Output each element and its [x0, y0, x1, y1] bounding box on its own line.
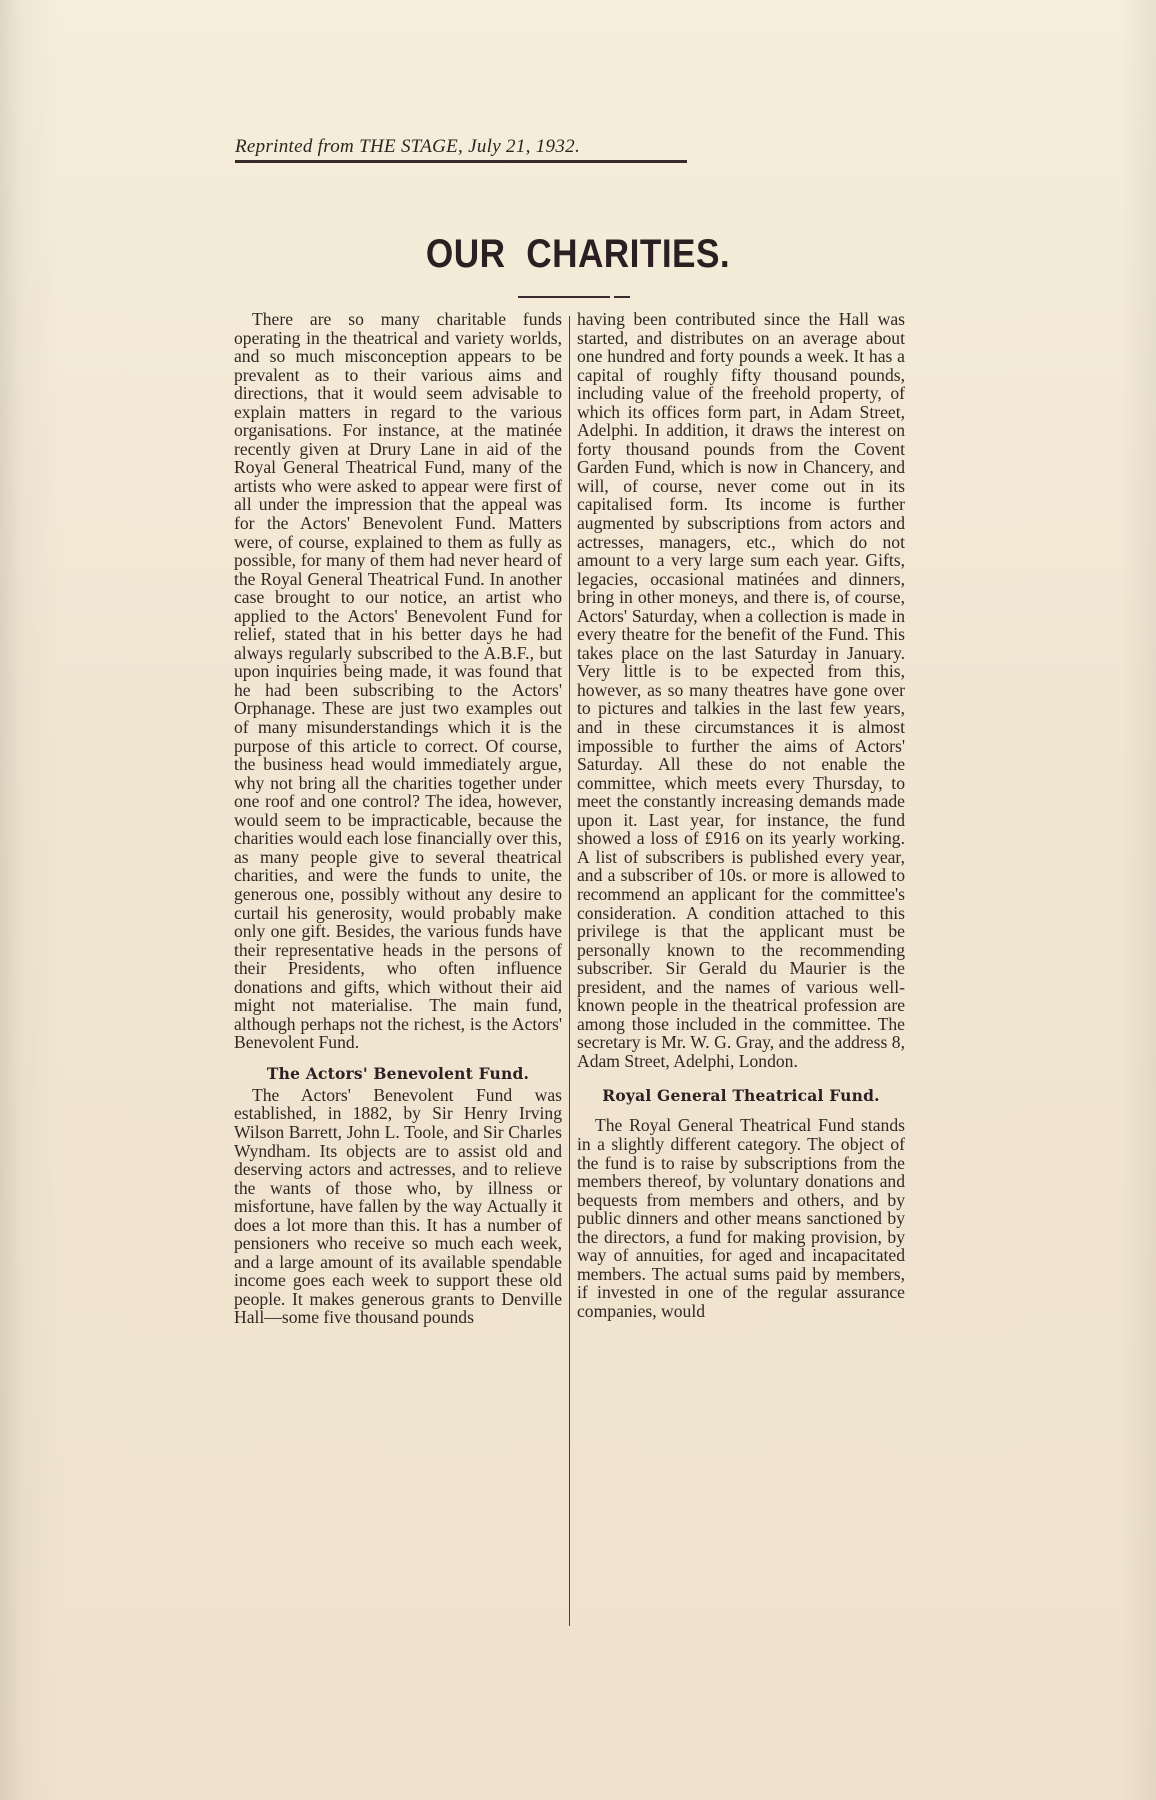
column-divider — [569, 316, 570, 1626]
section-heading-royal-general-theatrical-fund: Royal General Theatrical Fund. — [577, 1086, 905, 1106]
title-rule — [518, 296, 610, 298]
left-column: There are so many charitable funds opera… — [234, 310, 562, 1327]
section-heading-actors-benevolent-fund: The Actors' Benevolent Fund. — [234, 1064, 562, 1084]
document-page: Reprinted from THE STAGE, July 21, 1932.… — [0, 0, 1156, 1800]
title-rule-end — [614, 296, 630, 298]
actors-benevolent-fund-continued: having been contributed since the Hall w… — [577, 310, 905, 1070]
actors-benevolent-fund-paragraph: The Actors' Benevolent Fund was establis… — [234, 1086, 562, 1327]
article-title: OUR CHARITIES. — [69, 232, 1086, 277]
reprint-source-line: Reprinted from THE STAGE, July 21, 1932. — [235, 136, 687, 163]
royal-general-theatrical-fund-paragraph: The Royal General Theatrical Fund stands… — [577, 1116, 905, 1320]
right-column: having been contributed since the Hall w… — [577, 310, 905, 1320]
intro-paragraph: There are so many charitable funds opera… — [234, 310, 562, 1052]
